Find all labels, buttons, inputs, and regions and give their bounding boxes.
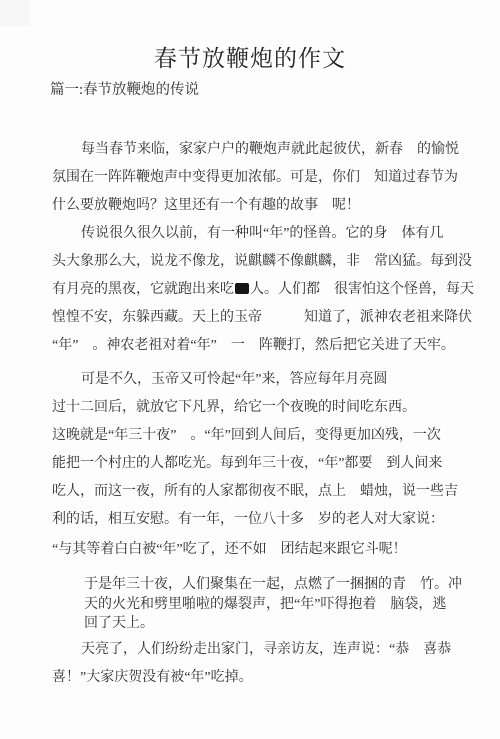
paragraph-5-block-quote: 于是年三十夜，人们聚集在一起，点燃了一捆捆的青 竹。冲 天的火光和劈里啪啦的爆裂…	[84, 575, 484, 634]
scan-corner-artifact	[0, 0, 30, 26]
paragraph-2: 传说很久很久以前，有一种叫“年”的怪兽。它的身 体有几 头大象那么大，说龙不像龙…	[52, 220, 492, 360]
paragraph-1: 每当春节来临，家家户户的鞭炮声就此起彼伏，新春 的愉悦 氛围在一阵阵鞭炮声中变得…	[52, 136, 492, 220]
paragraph-3: 可是不久，玉帝又可怜起“年”来，答应每年月亮圆 过十二回后，就放它下凡界，给它一…	[52, 366, 492, 534]
paragraph-4: “与其等着白白被“年”吃了，还不如 团结起来跟它斗呢！	[52, 536, 492, 564]
document-page: 春节放鞭炮的作文 篇一:春节放鞭炮的传说 每当春节来临，家家户户的鞭炮声就此起彼…	[0, 0, 500, 739]
inline-image-placeholder	[235, 283, 249, 294]
section-heading: 篇一:春节放鞭炮的传说	[50, 78, 199, 99]
page-title: 春节放鞭炮的作文	[0, 40, 500, 73]
paragraph-6: 天亮了，人们纷纷走出家门，寻亲访友，连声说：“恭 喜恭 喜！”大家庆贺没有被“年…	[52, 636, 492, 692]
